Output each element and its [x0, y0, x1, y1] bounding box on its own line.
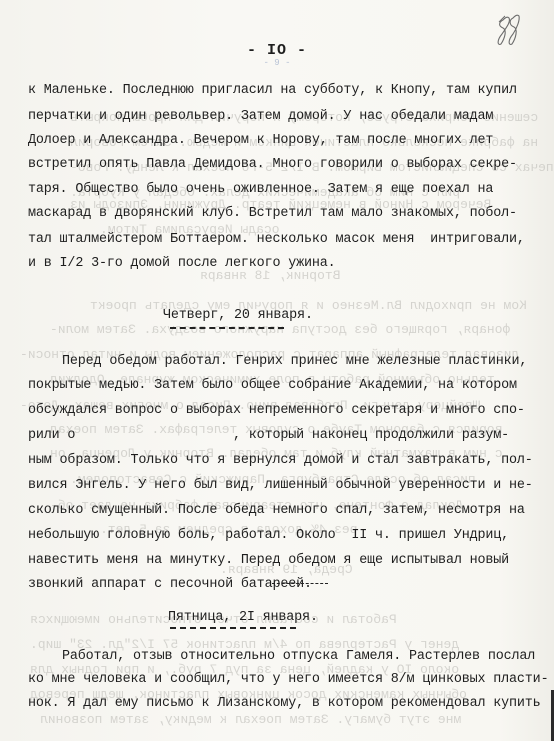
- date-heading-thursday: Четверг, 20 января.: [163, 309, 313, 322]
- text-line: обсуждался вопрос о выборах непременного…: [28, 404, 525, 417]
- heading-underline: [170, 627, 296, 629]
- text-line: нок. Я дал ему письмо к Лизанскому, в ко…: [28, 697, 541, 710]
- closing-dashes: [272, 583, 328, 584]
- text-line: ко мне человека и сообщил, что у него им…: [28, 673, 548, 686]
- text-line: покрытые медью. Затем было общее собрани…: [28, 379, 517, 392]
- date-heading-friday: Пятница, 2I января.: [168, 611, 318, 624]
- text-line: тал шталмейстером Боттаером. несколько м…: [28, 233, 525, 246]
- page-number-ghost: - 9 -: [0, 58, 554, 68]
- text-line: таря. Общество было очень оживленное. За…: [28, 183, 493, 196]
- text-line: ным образом. Только что я вернулся домой…: [28, 454, 533, 467]
- text-line: маскарад в дворянский клуб. Встретил там…: [28, 207, 517, 220]
- text-line: навестить меня на минутку. Перед обедом …: [28, 554, 509, 567]
- text-line: и в I/2 3-го домой после легкого ужина.: [28, 257, 336, 270]
- text-line: встретил опять Павла Демидова. Много гов…: [28, 158, 517, 171]
- document-page: сешение Генриха Струве, которому я поруч…: [0, 0, 554, 741]
- text-line: рили о , который наконец продолжили разу…: [28, 429, 509, 442]
- text-line: звонкий аппарат с песочной батареей.: [28, 578, 312, 591]
- text-line: сколько смущенный. После обеда немного с…: [28, 504, 525, 517]
- text-line: Долоер и Александра. Вечером к Норову, т…: [28, 134, 493, 147]
- text-line: вился Энгель. У него был вид, лишенный о…: [28, 479, 533, 492]
- bleed-line: фонаря, горящего без доступа наружного в…: [50, 322, 510, 337]
- text-line: Перед обедом работал. Генрих принес мне …: [62, 355, 527, 368]
- text-line: перчатки и один револьвер. Затем домой. …: [28, 110, 493, 123]
- page-number: - IO -: [0, 42, 554, 59]
- heading-underline: [170, 327, 284, 329]
- text-line: небольшую головную боль, работал. Около …: [28, 529, 509, 542]
- bleed-line: мне этут бумагу. Затем поехал к медику, …: [40, 712, 461, 727]
- text-line: к Маленьке. Последнюю пригласил на суббо…: [28, 84, 517, 97]
- text-line: Работал, отзыв относительно отпуска Гаме…: [62, 650, 535, 663]
